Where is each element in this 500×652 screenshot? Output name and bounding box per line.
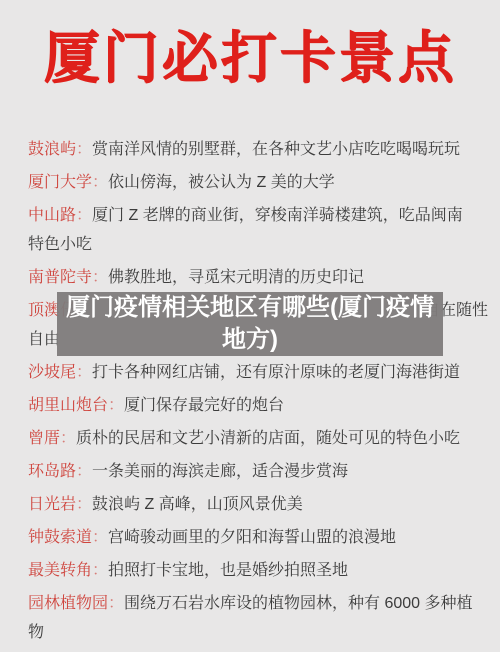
- attraction-row: 胡里山炮台：厦门保存最完好的炮台: [28, 391, 478, 420]
- label-colon: ：: [76, 463, 92, 480]
- label-colon: ：: [76, 207, 92, 224]
- attraction-row: 厦门大学：依山傍海，被公认为 Z 美的大学: [28, 168, 478, 197]
- attraction-label: 钟鼓索道: [28, 529, 92, 546]
- attraction-row: 南普陀寺：佛教胜地，寻觅宋元明清的历史印记: [28, 263, 478, 292]
- attraction-label: 南普陀寺: [28, 269, 92, 286]
- attraction-list: 鼓浪屿：赏南洋风情的别墅群，在各种文艺小店吃吃喝喝玩玩厦门大学：依山傍海，被公认…: [28, 135, 478, 651]
- label-colon: ：: [92, 529, 108, 546]
- label-colon: ：: [60, 430, 76, 447]
- attraction-row: 园林植物园：围绕万石岩水库设的植物园林，种有 6000 多种植物: [28, 589, 478, 647]
- attraction-label: 胡里山炮台: [28, 397, 108, 414]
- attraction-desc: 打卡各种网红店铺，还有原汁原味的老厦门海港街道: [92, 364, 460, 381]
- attraction-desc: 赏南洋风情的别墅群，在各种文艺小店吃吃喝喝玩玩: [92, 141, 460, 158]
- attraction-desc: 宫崎骏动画里的夕阳和海誓山盟的浪漫地: [108, 529, 396, 546]
- caption-overlay: 厦门疫情相关地区有哪些(厦门疫情地方): [57, 292, 443, 356]
- label-colon: ：: [92, 562, 108, 579]
- attraction-label: 环岛路: [28, 463, 76, 480]
- attraction-label: 园林植物园: [28, 595, 108, 612]
- label-colon: ：: [92, 174, 108, 191]
- label-colon: ：: [108, 595, 124, 612]
- attraction-desc: 依山傍海，被公认为 Z 美的大学: [108, 174, 335, 191]
- attraction-label: 最美转角: [28, 562, 92, 579]
- attraction-desc: 拍照打卡宝地，也是婚纱拍照圣地: [108, 562, 348, 579]
- attraction-row: 日光岩：鼓浪屿 Z 高峰，山顶风景优美: [28, 490, 478, 519]
- attraction-row: 最美转角：拍照打卡宝地，也是婚纱拍照圣地: [28, 556, 478, 585]
- label-colon: ：: [76, 496, 92, 513]
- attraction-label: 沙坡尾: [28, 364, 76, 381]
- label-colon: ：: [92, 269, 108, 286]
- attraction-desc: 厦门保存最完好的炮台: [124, 397, 284, 414]
- attraction-label: 中山路: [28, 207, 76, 224]
- attraction-row: 鼓浪屿：赏南洋风情的别墅群，在各种文艺小店吃吃喝喝玩玩: [28, 135, 478, 164]
- attraction-label: 厦门大学: [28, 174, 92, 191]
- attraction-desc: 鼓浪屿 Z 高峰，山顶风景优美: [92, 496, 303, 513]
- attraction-row: 环岛路：一条美丽的海滨走廊，适合漫步赏海: [28, 457, 478, 486]
- attraction-row: 钟鼓索道：宫崎骏动画里的夕阳和海誓山盟的浪漫地: [28, 523, 478, 552]
- attraction-row: 沙坡尾：打卡各种网红店铺，还有原汁原味的老厦门海港街道: [28, 358, 478, 387]
- attraction-label: 日光岩: [28, 496, 76, 513]
- attraction-row: 曾厝：质朴的民居和文艺小清新的店面，随处可见的特色小吃: [28, 424, 478, 453]
- attraction-label: 曾厝: [28, 430, 60, 447]
- poster-title: 厦门必打卡景点: [0, 18, 500, 100]
- attraction-label: 鼓浪屿: [28, 141, 76, 158]
- attraction-desc: 佛教胜地，寻觅宋元明清的历史印记: [108, 269, 364, 286]
- attraction-row: 中山路：厦门 Z 老牌的商业街，穿梭南洋骑楼建筑，吃品闽南特色小吃: [28, 201, 478, 259]
- label-colon: ：: [76, 141, 92, 158]
- label-colon: ：: [76, 364, 92, 381]
- attraction-desc: 一条美丽的海滨走廊，适合漫步赏海: [92, 463, 348, 480]
- attraction-desc: 厦门 Z 老牌的商业街，穿梭南洋骑楼建筑，吃品闽南特色小吃: [28, 207, 463, 253]
- caption-text: 厦门疫情相关地区有哪些(厦门疫情地方): [57, 292, 443, 356]
- label-colon: ：: [108, 397, 124, 414]
- attraction-desc: 质朴的民居和文艺小清新的店面，随处可见的特色小吃: [76, 430, 460, 447]
